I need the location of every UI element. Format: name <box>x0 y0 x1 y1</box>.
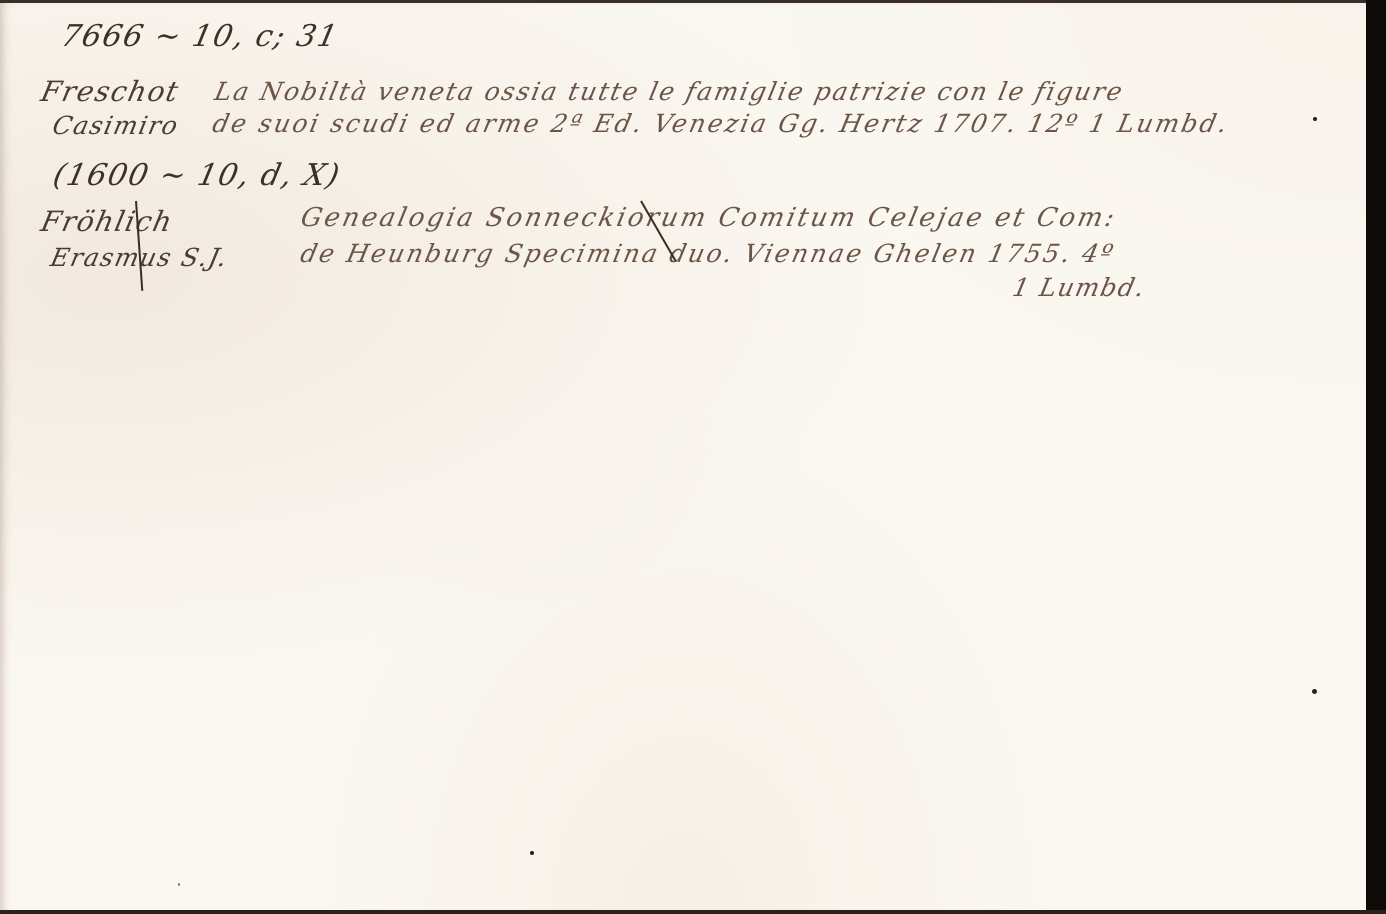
index-card: 7666 ~ 10, c; 31 Freschot La Nobiltà ven… <box>0 0 1366 913</box>
title-line-2b: de Heunburg Specimina duo. Viennae Ghele… <box>298 239 1118 268</box>
ink-speck <box>530 851 534 855</box>
volume-count-2: 1 Lumbd. <box>1010 273 1148 302</box>
ink-speck <box>178 883 180 886</box>
scan-border-right <box>1366 0 1386 914</box>
author-name-1: Freschot <box>38 75 183 108</box>
ink-speck <box>1312 689 1317 694</box>
ink-speck <box>1313 117 1317 121</box>
title-line-1b: de suoi scudi ed arme 2ª Ed. Venezia Gg.… <box>210 109 1232 138</box>
scan-border-bottom <box>0 910 1386 914</box>
author-name-2: Fröhlich <box>38 205 176 238</box>
title-line-2a: Genealogia Sonneckiorum Comitum Celejae … <box>298 203 1120 233</box>
call-number-2: (1600 ~ 10, d, X) <box>50 158 344 193</box>
title-line-1a: La Nobiltà veneta ossia tutte le famigli… <box>212 77 1127 106</box>
author-forename-1: Casimiro <box>50 111 182 140</box>
call-number-1: 7666 ~ 10, c; 31 <box>58 19 342 54</box>
